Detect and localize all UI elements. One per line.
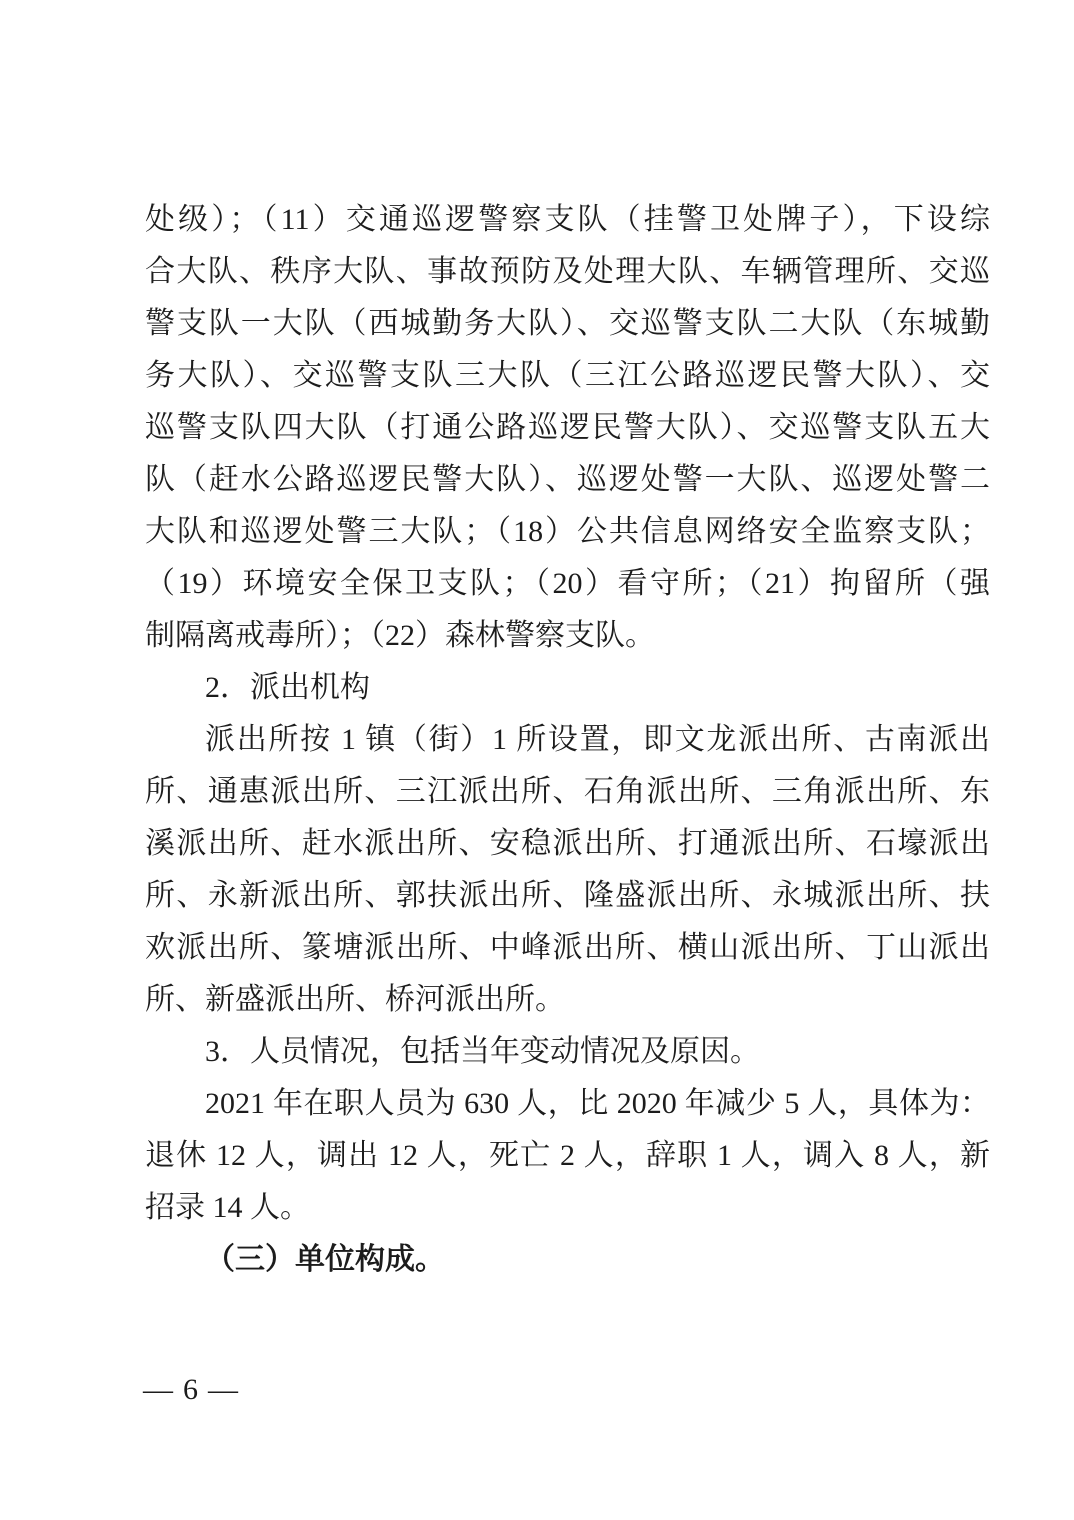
- text-line: 制隔离戒毒所）；（22）森林警察支队。: [145, 610, 990, 662]
- section-heading-2: 2．派出机构: [145, 662, 990, 714]
- text-line: 所、永新派出所、郭扶派出所、隆盛派出所、永城派出所、扶: [145, 870, 990, 922]
- text-line: 合大队、秩序大队、事故预防及处理大队、车辆管理所、交巡: [145, 246, 990, 298]
- text-line: 退休 12 人，调出 12 人，死亡 2 人，辞职 1 人，调入 8 人，新: [145, 1130, 990, 1182]
- text-line: 所、新盛派出所、桥河派出所。: [145, 974, 990, 1026]
- footer-dash-right: —: [208, 1373, 238, 1406]
- text-line: 巡警支队四大队（打通公路巡逻民警大队）、交巡警支队五大: [145, 402, 990, 454]
- subsection-heading: （三）单位构成。: [145, 1234, 990, 1286]
- text-line: 派出所按 1 镇（街）1 所设置，即文龙派出所、古南派出: [145, 714, 990, 766]
- page-number: 6: [183, 1373, 198, 1406]
- text-line: 2021 年在职人员为 630 人，比 2020 年减少 5 人，具体为：: [145, 1078, 990, 1130]
- page-footer: —6—: [143, 1364, 238, 1416]
- text-line: 务大队）、交巡警支队三大队（三江公路巡逻民警大队）、交: [145, 350, 990, 402]
- text-line: 招录 14 人。: [145, 1182, 990, 1234]
- text-line: 欢派出所、篆塘派出所、中峰派出所、横山派出所、丁山派出: [145, 922, 990, 974]
- text-line: （19）环境安全保卫支队；（20）看守所；（21）拘留所（强: [145, 558, 990, 610]
- text-line: 警支队一大队（西城勤务大队）、交巡警支队二大队（东城勤: [145, 298, 990, 350]
- text-line: 大队和巡逻处警三大队；（18）公共信息网络安全监察支队；: [145, 506, 990, 558]
- text-line: 队（赶水公路巡逻民警大队）、巡逻处警一大队、巡逻处警二: [145, 454, 990, 506]
- footer-dash-left: —: [143, 1373, 173, 1406]
- text-line: 处级）；（11）交通巡逻警察支队（挂警卫处牌子），下设综: [145, 194, 990, 246]
- text-line: 所、通惠派出所、三江派出所、石角派出所、三角派出所、东: [145, 766, 990, 818]
- document-page: 处级）；（11）交通巡逻警察支队（挂警卫处牌子），下设综 合大队、秩序大队、事故…: [0, 0, 1074, 1520]
- section-heading-3: 3．人员情况，包括当年变动情况及原因。: [145, 1026, 990, 1078]
- text-line: 溪派出所、赶水派出所、安稳派出所、打通派出所、石壕派出: [145, 818, 990, 870]
- document-body: 处级）；（11）交通巡逻警察支队（挂警卫处牌子），下设综 合大队、秩序大队、事故…: [145, 194, 990, 1286]
